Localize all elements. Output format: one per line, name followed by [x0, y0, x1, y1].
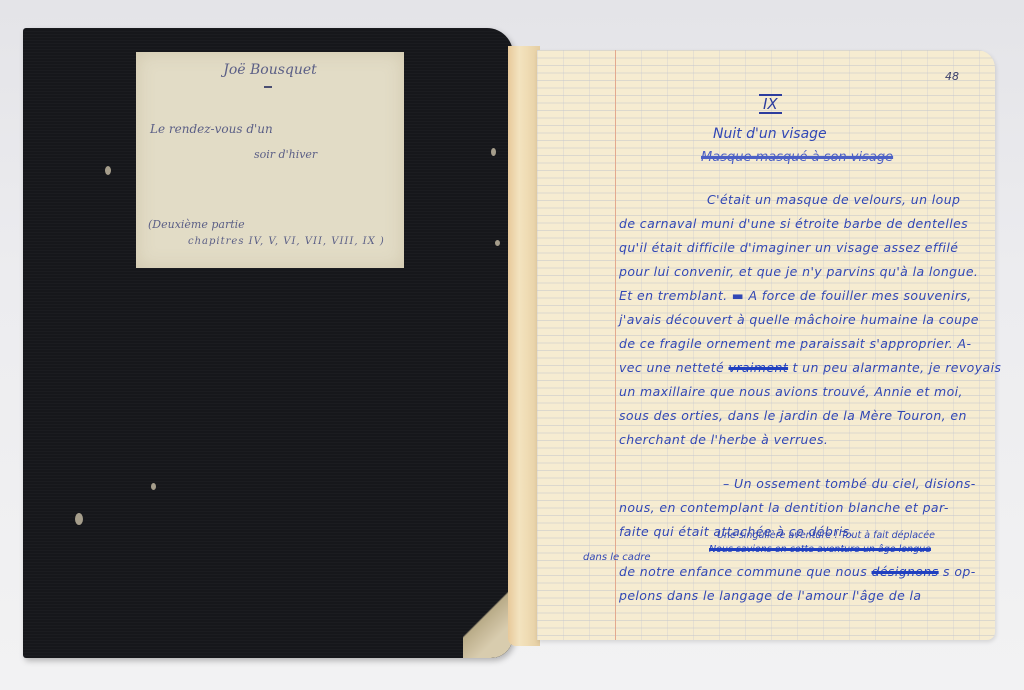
label-title-line2: soir d'hiver [254, 148, 317, 161]
text-line: sous des orties, dans le jardin de la Mè… [619, 408, 967, 423]
text-line: de carnaval muni d'une si étroite barbe … [619, 216, 968, 231]
cover-corner-wear [463, 588, 513, 658]
label-chapters: chapitres IV, V, VI, VII, VIII, IX ) [188, 236, 385, 247]
text-line: pelons dans le langage de l'amour l'âge … [619, 588, 921, 603]
cover-wear-spot [495, 240, 500, 246]
text-line: de notre enfance commune que nous désign… [619, 564, 976, 579]
text-line: j'avais découvert à quelle mâchoire huma… [619, 312, 979, 327]
struck-word: désignons [872, 564, 939, 579]
text-fragment: s op- [943, 564, 976, 579]
margin-note: dans le cadre [583, 552, 651, 563]
text-fragment: de notre enfance commune que nous [619, 564, 867, 579]
text-line: un maxillaire que nous avions trouvé, An… [619, 384, 963, 399]
cover-wear-spot [105, 166, 111, 175]
label-dash [264, 86, 272, 88]
page-block-edge [508, 46, 540, 646]
text-line: cherchant de l'herbe à verrues. [619, 432, 828, 447]
page-number: 48 [945, 70, 959, 83]
cover-wear-spot [151, 483, 156, 490]
text-line: – Un ossement tombé du ciel, disions- [723, 476, 976, 491]
text-line: nous, en contemplant la dentition blanch… [619, 500, 949, 515]
cover-wear-spot [75, 513, 83, 525]
insertion-above: Une singulière aventure ! Tout à fait dé… [717, 530, 935, 541]
text-line: C'était un masque de velours, un loup [707, 192, 960, 207]
chapter-title: Nuit d'un visage [713, 126, 827, 142]
struck-line: Nous savions en cette aventure un âge lo… [709, 544, 931, 555]
chapter-number: IX [759, 94, 782, 114]
struck-word: vraiment [729, 360, 789, 375]
cover-label: Joë Bousquet Le rendez-vous d'un soir d'… [136, 52, 404, 268]
struck-title: Masque masqué à son visage [701, 150, 893, 165]
notebook-cover: Joë Bousquet Le rendez-vous d'un soir d'… [23, 28, 513, 658]
text-fragment: t un peu alarmante, je revoyais [792, 360, 1001, 375]
text-line: Et en tremblant. ▬ A force de fouiller m… [619, 288, 972, 303]
text-line: de ce fragile ornement me paraissait s'a… [619, 336, 971, 351]
text-line: vec une netteté vraiment t un peu alarma… [619, 360, 1001, 375]
label-title-line1: Le rendez-vous d'un [150, 122, 273, 136]
text-line: pour lui convenir, et que je n'y parvins… [619, 264, 978, 279]
text-line: qu'il était difficile d'imaginer un visa… [619, 240, 958, 255]
manuscript-page: 48 IX Nuit d'un visage Masque masqué à s… [537, 50, 995, 640]
text-fragment: vec une netteté [619, 360, 724, 375]
label-part: (Deuxième partie [148, 218, 245, 231]
cover-wear-spot [491, 148, 496, 156]
label-author: Joë Bousquet [136, 62, 404, 78]
